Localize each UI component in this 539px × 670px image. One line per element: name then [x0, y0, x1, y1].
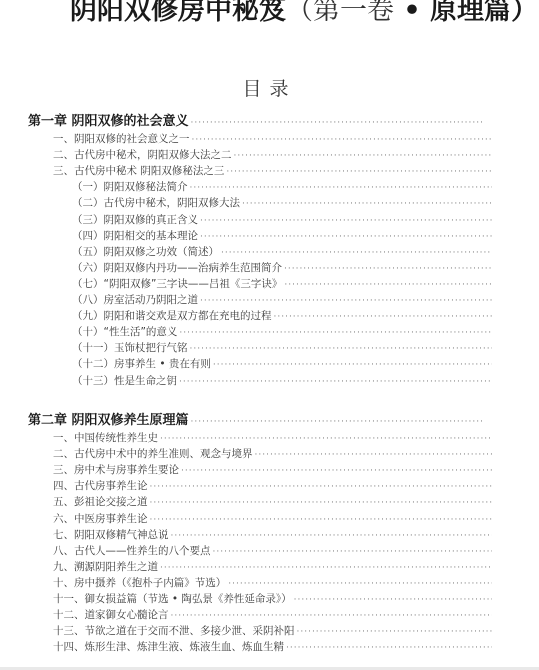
toc-entry-label: （八）房室活动乃阴阳之道 [72, 292, 198, 308]
toc-entry[interactable]: 一、中国传统性养生史······························… [53, 430, 492, 446]
toc-entry[interactable]: （三）阴阳双修的真正含义····························… [72, 212, 492, 228]
leader-dots: ········································… [234, 148, 493, 164]
toc-entry-label: 三、房中术与房事养生要论 [53, 462, 179, 478]
chapter-heading[interactable]: 第二章 阴阳双修养生原理篇···························… [28, 409, 482, 428]
toc-entry[interactable]: 十四、炼形生津、炼津生液、炼液生血、炼血生精··················… [53, 639, 492, 655]
toc-entry-label: （十三）性是生命之钥 [72, 373, 177, 389]
toc-entry-label: （九）阴阳和谐交欢是双方都在充电的过程 [72, 308, 272, 324]
leader-dots: ········································… [171, 528, 493, 544]
toc-entry[interactable]: （十）“性生活”的意义·····························… [72, 324, 492, 340]
toc-entry[interactable]: 七、阴阳双修精气神总说·····························… [53, 527, 492, 543]
leader-dots: ········································… [181, 463, 492, 479]
toc-entry[interactable]: （八）房室活动乃阴阳之道····························… [72, 292, 492, 308]
toc-entry[interactable]: （六）阴阳双修内丹功——治病养生范围简介····················… [72, 260, 492, 276]
leader-dots: ········································… [228, 576, 492, 592]
toc-entry-label: 一、中国传统性养生史 [53, 430, 158, 446]
toc-entry-label: （四）阴阳相交的基本理论 [72, 228, 198, 244]
toc-entry-label: 十、房中摄养（《抱朴子内篇》节选） [53, 575, 226, 591]
toc-entry-label: 二、古代房中术中的养生准则、观念与境界 [53, 446, 253, 462]
toc-heading: 目录 [0, 74, 539, 101]
toc-entry-label: （二）古代房中秘术，阴阳双修大法 [72, 195, 240, 211]
leader-dots: ········································… [190, 341, 493, 357]
leader-dots: ········································… [213, 357, 492, 373]
leader-dots: ········································… [284, 261, 492, 277]
document-title: 阴阳双修房中秘笈（第一卷 • 原理篇） [70, 0, 538, 28]
leader-dots: ········································… [150, 479, 493, 495]
toc-entry[interactable]: 十、房中摄养（《抱朴子内篇》节选）·······················… [53, 575, 492, 591]
toc-entry[interactable]: 一、阴阳双修的社会意义之一···························… [53, 131, 492, 147]
toc-entry-label: 四、古代房事养生论 [53, 478, 148, 494]
leader-dots: ········································… [160, 431, 492, 447]
toc-entry[interactable]: （七）“阴阳双修”三字诀——吕祖《三字诀》···················… [72, 276, 492, 292]
toc-entry-label: 七、阴阳双修精气神总说 [53, 527, 169, 543]
toc-entry-label: 二、古代房中秘术，阴阳双修大法之二 [53, 147, 232, 163]
toc-entry[interactable]: 九、溯源阴阳养生之道······························… [53, 559, 492, 575]
toc-entry[interactable]: 十二、道家御女心髓论言·····························… [53, 607, 492, 623]
toc-entry[interactable]: 五、彭祖论交接之道·······························… [53, 494, 492, 510]
toc-entry-label: 十四、炼形生津、炼津生液、炼液生血、炼血生精 [53, 639, 284, 655]
leader-dots: ········································… [150, 512, 493, 528]
toc-entry-label: （十）“性生活”的意义 [72, 324, 177, 340]
leader-dots: ········································… [150, 495, 493, 511]
toc-entry[interactable]: （四）阴阳相交的基本理论····························… [72, 228, 492, 244]
title-separator: • [394, 0, 430, 26]
title-volume: （第一卷 [286, 0, 394, 26]
toc-entry-label: （六）阴阳双修内丹功——治病养生范围简介 [72, 260, 282, 276]
toc-entry[interactable]: 六、中医房事养生论·······························… [53, 511, 492, 527]
chapter-title: 第一章 阴阳双修的社会意义 [28, 110, 189, 129]
toc-entry[interactable]: 十一、御女损益篇（节选 • 陶弘景《养性延命录》）···············… [53, 591, 492, 607]
leader-dots: ········································… [200, 213, 492, 229]
chapter-title: 第二章 阴阳双修养生原理篇 [28, 409, 189, 428]
toc-entry-label: 三、古代房中秘术 阴阳双修秘法之三 [53, 163, 224, 179]
toc-entry[interactable]: 八、古代人——性养生的八个要点·························… [53, 543, 492, 559]
leader-dots: ········································… [192, 132, 493, 148]
leader-dots: ········································… [171, 608, 493, 624]
leader-dots: ········································… [226, 164, 492, 180]
title-part: 原理篇） [430, 0, 538, 26]
toc-entry[interactable]: （一）阴阳双修秘法简介·····························… [72, 179, 492, 195]
toc-entry-label: （五）阴阳双修之功效（简述） [72, 244, 219, 260]
leader-dots: ········································… [294, 592, 492, 608]
toc-entry-label: 十一、御女损益篇（节选 • 陶弘景《养性延命录》） [53, 591, 292, 607]
toc-entry-label: （一）阴阳双修秘法简介 [72, 179, 188, 195]
toc-entry-label: （十一）玉饰杖把行气铭 [72, 340, 188, 356]
leader-dots: ········································… [160, 560, 492, 576]
leader-dots: ········································… [179, 374, 492, 390]
chapter-heading[interactable]: 第一章 阴阳双修的社会意义···························… [28, 110, 482, 129]
toc-entry[interactable]: （二）古代房中秘术，阴阳双修大法························… [72, 195, 492, 211]
leader-dots: ········································… [255, 447, 493, 463]
toc-entry[interactable]: 三、房中术与房事养生要论····························… [53, 462, 492, 478]
toc-entry-label: （三）阴阳双修的真正含义 [72, 212, 198, 228]
leader-dots: ········································… [200, 293, 492, 309]
toc-entry[interactable]: 四、古代房事养生论·······························… [53, 478, 492, 494]
leader-dots: ········································… [286, 640, 492, 656]
leader-dots: ········································… [221, 245, 492, 261]
toc-entry-label: 八、古代人——性养生的八个要点 [53, 543, 211, 559]
leader-dots: ········································… [297, 624, 493, 640]
toc-entry[interactable]: （十二）房事养生 • 贵在有则·························… [72, 356, 492, 372]
toc-entry[interactable]: 二、古代房中秘术，阴阳双修大法之二·······················… [53, 147, 492, 163]
toc-entry-label: （七）“阴阳双修”三字诀——吕祖《三字诀》 [72, 276, 282, 292]
leader-dots: ········································… [179, 325, 492, 341]
leader-dots: ········································… [213, 544, 493, 560]
toc-entry[interactable]: 二、古代房中术中的养生准则、观念与境界·····················… [53, 446, 492, 462]
toc-entry[interactable]: （十一）玉饰杖把行气铭·····························… [72, 340, 492, 356]
leader-dots: ········································… [190, 180, 493, 196]
toc-entry[interactable]: 三、古代房中秘术 阴阳双修秘法之三·······················… [53, 163, 492, 179]
toc-entry-label: 十三、节欲之道在于交而不泄、多接少泄、采阴补阳 [53, 623, 295, 639]
toc-entry-label: 一、阴阳双修的社会意义之一 [53, 131, 190, 147]
toc-entry[interactable]: （五）阴阳双修之功效（简述）··························… [72, 244, 492, 260]
toc-entry-label: （十二）房事养生 • 贵在有则 [72, 356, 211, 372]
leader-dots: ········································… [191, 118, 482, 128]
leader-dots: ········································… [242, 196, 492, 212]
title-main: 阴阳双修房中秘笈 [70, 0, 286, 26]
toc-entry[interactable]: （十三）性是生命之钥······························… [72, 373, 492, 389]
toc-entry-label: 六、中医房事养生论 [53, 511, 148, 527]
toc-entry[interactable]: （九）阴阳和谐交欢是双方都在充电的过程·····················… [72, 308, 492, 324]
toc-entry[interactable]: 十三、节欲之道在于交而不泄、多接少泄、采阴补阳·················… [53, 623, 492, 639]
leader-dots: ········································… [191, 417, 482, 427]
toc-entry-label: 十二、道家御女心髓论言 [53, 607, 169, 623]
leader-dots: ········································… [274, 309, 493, 325]
leader-dots: ········································… [200, 229, 492, 245]
toc-entry-label: 五、彭祖论交接之道 [53, 494, 148, 510]
leader-dots: ········································… [284, 277, 492, 293]
toc-entry-label: 九、溯源阴阳养生之道 [53, 559, 158, 575]
